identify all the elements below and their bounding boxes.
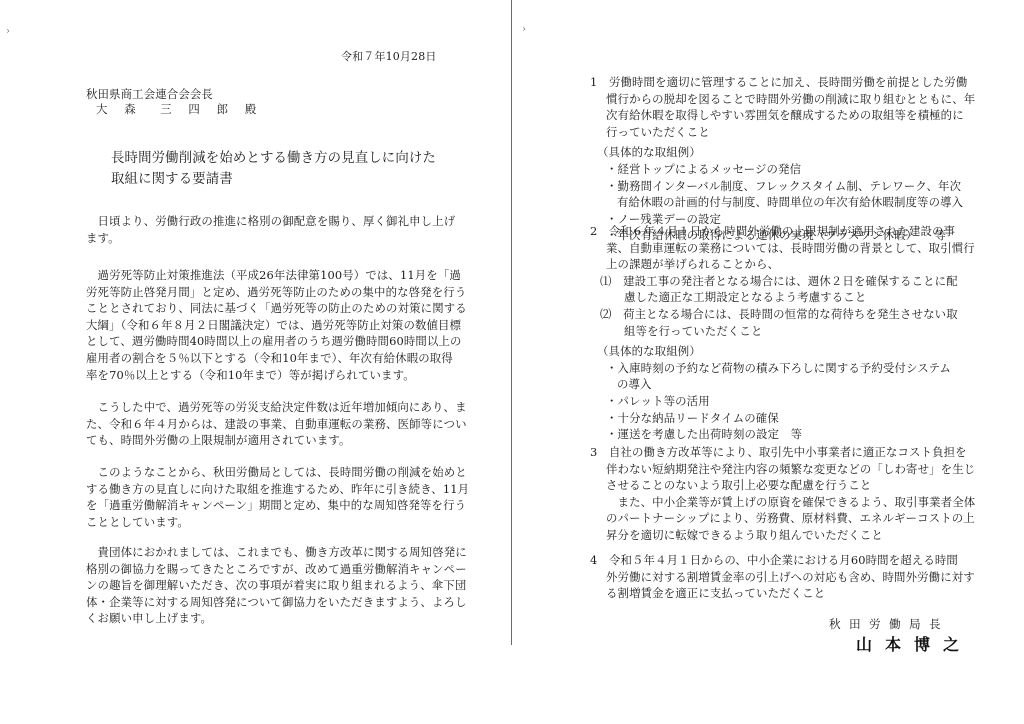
example-line: ・十分な納品リードタイムの確保 <box>590 410 975 427</box>
paragraph-line: を「過重労働解消キャンペーン」期間と定め、集中的な周知啓発等を行う <box>86 497 486 514</box>
examples-heading: （具体的な取組例） <box>590 144 975 161</box>
paragraph-line: こうした中で、過労死等の労災支給決定件数は近年増加傾向にあり、ま <box>86 399 486 416</box>
example-line: ・経営トップによるメッセージの発信 <box>590 161 975 178</box>
item-line: 外労働に対する割増賃金率の引上げへの対応も含め、時間外労働に対す <box>590 569 975 586</box>
request-item-3: 3 自社の働き方改革等により、取引先中小事業者に適正なコスト負担を 伴わない短納… <box>590 444 975 544</box>
sender-name: 山本博之 <box>856 637 972 654</box>
paragraph-line: 日頃より、労働行政の推進に格別の御配意を賜り、厚く御礼申し上げ <box>86 213 486 230</box>
item-line: 昇分を適切に転嫁できるよう取り組んでいただくこと <box>590 527 975 544</box>
paragraph-line: ます。 <box>86 230 486 247</box>
subitem-line: ⑴ 建設工事の発注者となる場合には、週休２日を確保することに配 <box>590 273 975 290</box>
example-line: ・入庫時刻の予約など荷物の積み下ろしに関する予約受付システム <box>590 360 975 377</box>
example-line: ・勤務間インターバル制度、フレックスタイム制、テレワーク、年次 <box>590 178 975 195</box>
item-line: 業、自動車運転の業務については、長時間労働の背景として、取引慣行 <box>590 240 975 257</box>
item-line: 3 自社の働き方改革等により、取引先中小事業者に適正なコスト負担を <box>590 444 975 461</box>
item-line: 4 令和５年４月１日からの、中小企業における月60時間を超える時間 <box>590 552 975 569</box>
title-line: 取組に関する要請書 <box>111 169 436 190</box>
example-line: の導入 <box>590 376 975 393</box>
paragraph-line: ンの趣旨を御理解いただき、次の事項が着実に取り組まれるよう、傘下団 <box>86 577 486 594</box>
sender-title: 秋田労働局長 <box>829 616 949 633</box>
item-line: させることのないよう取引上必要な配慮を行うこと <box>590 477 975 494</box>
paragraph-line: このようなことから、秋田労働局としては、長時間労働の削減を始めと <box>86 464 486 481</box>
letter-date: 令和７年10月28日 <box>341 49 437 66</box>
paragraph-line: くお願い申し上げます。 <box>86 610 486 627</box>
paragraph-line: 貴団体におかれましては、これまでも、働き方改革に関する周知啓発に <box>86 544 486 561</box>
recipient-name: 大 森 三 四 郎 殿 <box>96 101 263 118</box>
document-title: 長時間労働削減を始めとする働き方の見直しに向けた 取組に関する要請書 <box>111 148 436 190</box>
item-line: る割増賃金を適正に支払っていただくこと <box>590 585 975 602</box>
request-item-2: 2 令和６年４月１日から時間外労働の上限規制が適用された建設の事 業、自動車運転… <box>590 223 975 443</box>
scan-mark: › <box>522 24 526 35</box>
paragraph-request: 貴団体におかれましては、これまでも、働き方改革に関する周知啓発に 格別の御協力を… <box>86 544 486 627</box>
scan-mark: › <box>6 26 10 37</box>
paragraph-line: として、週労働時間40時間以上の雇用者のうち週労働時間60時間以上の <box>86 333 486 350</box>
paragraph-campaign: このようなことから、秋田労働局としては、長時間労働の削減を始めと する働き方の見… <box>86 464 486 530</box>
item-line: 行っていただくこと <box>590 124 975 141</box>
title-line: 長時間労働削減を始めとする働き方の見直しに向けた <box>111 148 436 169</box>
paragraph-line: 大綱」（令和６年８月２日閣議決定）では、過労死等防止対策の数値目標 <box>86 317 486 334</box>
paragraph-line: 体・企業等に対する周知啓発について御協力をいただきますよう、よろし <box>86 594 486 611</box>
left-page: › 令和７年10月28日 秋田県商工会連合会会長 大 森 三 四 郎 殿 長時間… <box>0 0 510 724</box>
paragraph-line: 格別の御協力を賜ってきたところですが、改めて過重労働解消キャンペー <box>86 561 486 578</box>
example-line: 有給休暇の計画的付与制度、時間単位の年次有給休暇制度等の導入 <box>590 194 975 211</box>
paragraph-current-situation: こうした中で、過労死等の労災支給決定件数は近年増加傾向にあり、ま た、令和６年４… <box>86 399 486 449</box>
request-item-4: 4 令和５年４月１日からの、中小企業における月60時間を超える時間 外労働に対す… <box>590 552 975 602</box>
item-line: 上の課題が挙げられることから、 <box>590 256 975 273</box>
subitem-line: ⑵ 荷主となる場合には、長時間の恒常的な荷待ちを発生させない取 <box>590 306 975 323</box>
item-line: また、中小企業等が賃上げの原資を確保できるよう、取引事業者全体 <box>590 494 975 511</box>
item-line: 2 令和６年４月１日から時間外労働の上限規制が適用された建設の事 <box>590 223 975 240</box>
request-item-1: 1 労働時間を適切に管理することに加え、長時間労働を前提とした労働 慣行からの脱… <box>590 74 975 244</box>
paragraph-greeting: 日頃より、労働行政の推進に格別の御配意を賜り、厚く御礼申し上げ ます。 <box>86 213 486 246</box>
example-line: ・パレット等の活用 <box>590 393 975 410</box>
item-line: のパートナーシップにより、労務費、原材料費、エネルギーコストの上 <box>590 510 975 527</box>
subitem-line: 組等を行っていただくこと <box>590 323 975 340</box>
paragraph-line: こととされており、同法に基づく「過労死等の防止のための対策に関する <box>86 300 486 317</box>
item-line: 伴わない短納期発注や発注内容の頻繁な変更などの「しわ寄せ」を生じ <box>590 461 975 478</box>
item-line: 1 労働時間を適切に管理することに加え、長時間労働を前提とした労働 <box>590 74 975 91</box>
subitem-line: 慮した適正な工期設定となるよう考慮すること <box>590 289 975 306</box>
paragraph-line: ても、時間外労働の上限規制が適用されています。 <box>86 432 486 449</box>
paragraph-line: 労死等防止啓発月間」と定め、過労死等防止のための集中的な啓発を行う <box>86 284 486 301</box>
paragraph-line: 雇用者の割合を５％以下とする（令和10年まで）、年次有給休暇の取得 <box>86 350 486 367</box>
item-line: 慣行からの脱却を図ることで時間外労働の削減に取り組むとともに、年 <box>590 91 975 108</box>
paragraph-law-background: 過労死等防止対策推進法（平成26年法律第100号）では、11月を「過 労死等防止… <box>86 267 486 383</box>
page-divider <box>511 0 512 645</box>
example-line: ・運送を考慮した出荷時刻の設定 等 <box>590 426 975 443</box>
paragraph-line: 過労死等防止対策推進法（平成26年法律第100号）では、11月を「過 <box>86 267 486 284</box>
paragraph-line: た、令和６年４月からは、建設の事業、自動車運転の業務、医師等につい <box>86 416 486 433</box>
item-line: 次有給休暇を取得しやすい雰囲気を醸成するための取組等を積極的に <box>590 107 975 124</box>
paragraph-line: する働き方の見直しに向けた取組を推進するため、昨年に引き続き、11月 <box>86 481 486 498</box>
paragraph-line: 率を70％以上とする（令和10年まで）等が掲げられています。 <box>86 367 486 384</box>
paragraph-line: こととしています。 <box>86 514 486 531</box>
examples-heading: （具体的な取組例） <box>590 343 975 360</box>
